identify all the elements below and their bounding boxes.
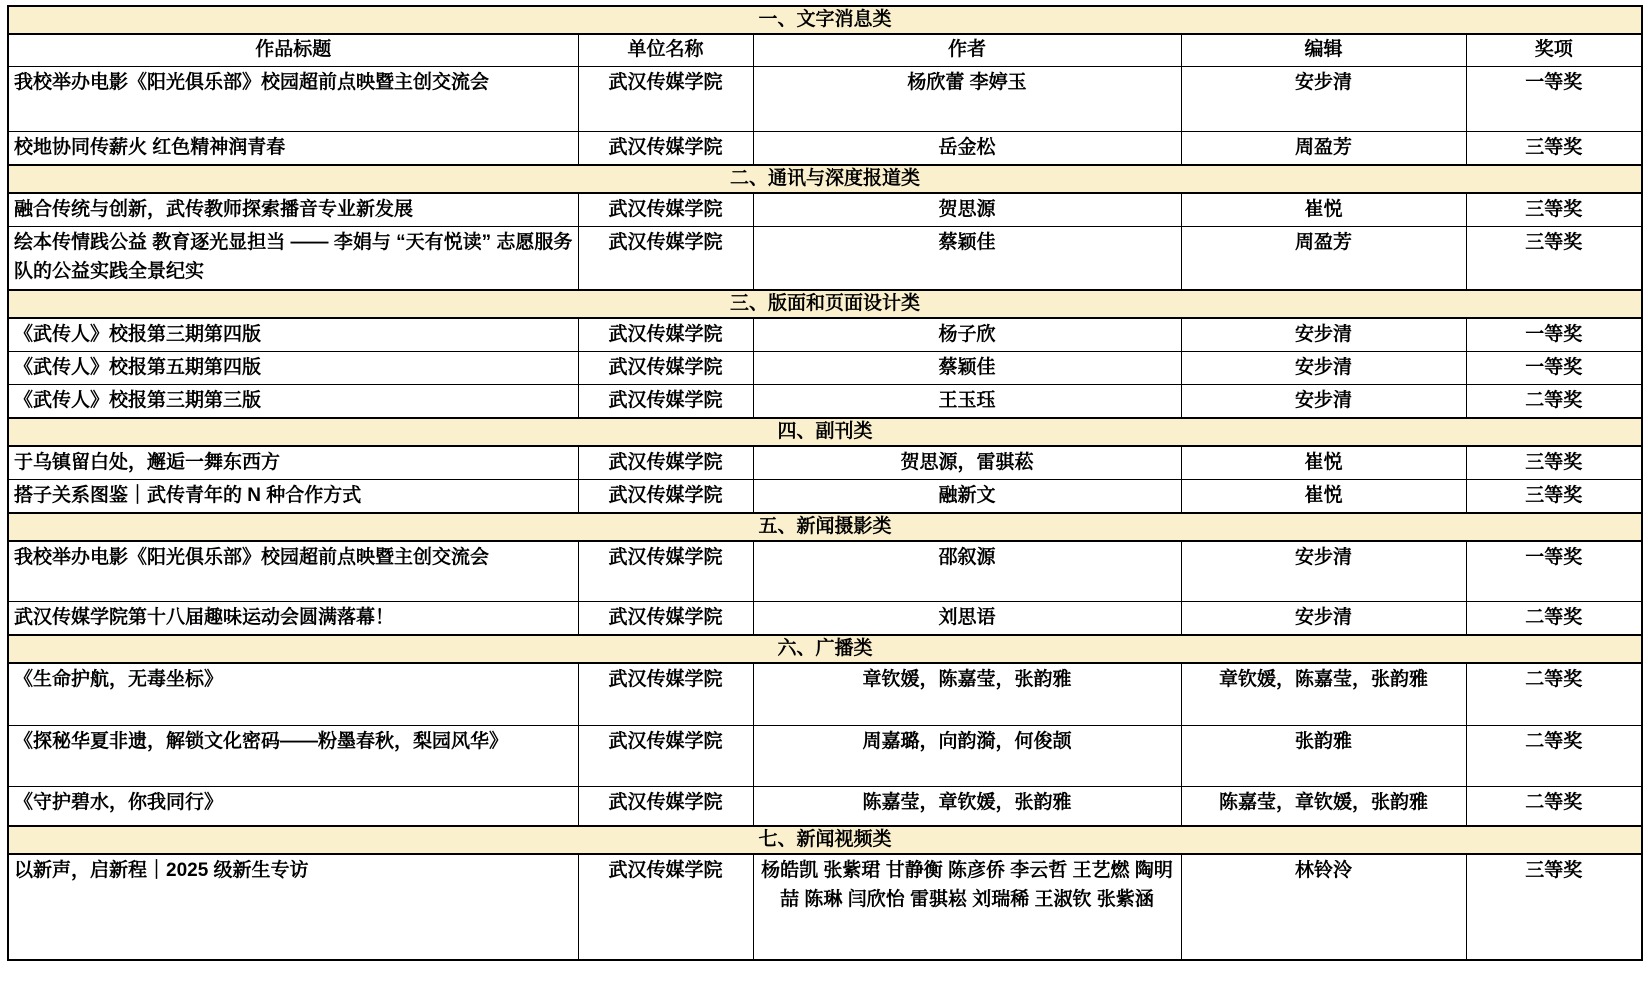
cell-editor: 崔悦	[1181, 193, 1466, 227]
section-band-row: 七、新闻视频类	[8, 826, 1642, 854]
section-title: 二、通讯与深度报道类	[8, 165, 1642, 193]
cell-work-title: 《探秘华夏非遗，解锁文化密码——粉墨春秋，梨园风华》	[8, 725, 578, 786]
section-title: 五、新闻摄影类	[8, 513, 1642, 541]
cell-author: 贺思源，雷骐菘	[753, 446, 1181, 480]
cell-author: 融新文	[753, 479, 1181, 513]
cell-unit-name: 武汉传媒学院	[578, 446, 753, 480]
table-row: 《武传人》校报第三期第三版武汉传媒学院王玉珏安步清二等奖	[8, 384, 1642, 418]
cell-work-title: 以新声，启新程｜2025 级新生专访	[8, 854, 578, 960]
cell-editor: 周盈芳	[1181, 132, 1466, 166]
cell-editor: 安步清	[1181, 351, 1466, 384]
awards-table-body: 一、文字消息类作品标题单位名称作者编辑奖项我校举办电影《阳光俱乐部》校园超前点映…	[8, 6, 1642, 960]
cell-award: 三等奖	[1466, 193, 1642, 227]
cell-editor: 安步清	[1181, 541, 1466, 602]
cell-award: 三等奖	[1466, 446, 1642, 480]
table-row: 《生命护航，无毒坐标》武汉传媒学院章钦媛，陈嘉莹，张韵雅章钦媛，陈嘉莹，张韵雅二…	[8, 663, 1642, 725]
table-row: 《武传人》校报第三期第四版武汉传媒学院杨子欣安步清一等奖	[8, 318, 1642, 352]
cell-work-title: 《武传人》校报第五期第四版	[8, 351, 578, 384]
table-row: 于乌镇留白处，邂逅一舞东西方武汉传媒学院贺思源，雷骐菘崔悦三等奖	[8, 446, 1642, 480]
cell-unit-name: 武汉传媒学院	[578, 786, 753, 826]
cell-unit-name: 武汉传媒学院	[578, 318, 753, 352]
cell-author: 贺思源	[753, 193, 1181, 227]
cell-unit-name: 武汉传媒学院	[578, 479, 753, 513]
table-row: 我校举办电影《阳光俱乐部》校园超前点映暨主创交流会武汉传媒学院杨欣蕾 李婷玉安步…	[8, 67, 1642, 132]
page: 一、文字消息类作品标题单位名称作者编辑奖项我校举办电影《阳光俱乐部》校园超前点映…	[0, 0, 1648, 966]
table-row: 我校举办电影《阳光俱乐部》校园超前点映暨主创交流会武汉传媒学院邵叙源安步清一等奖	[8, 541, 1642, 602]
cell-award: 二等奖	[1466, 725, 1642, 786]
cell-award: 二等奖	[1466, 786, 1642, 826]
cell-work-title: 搭子关系图鉴｜武传青年的 N 种合作方式	[8, 479, 578, 513]
cell-editor: 陈嘉莹，章钦媛，张韵雅	[1181, 786, 1466, 826]
column-header: 编辑	[1181, 34, 1466, 67]
cell-award: 二等奖	[1466, 663, 1642, 725]
cell-unit-name: 武汉传媒学院	[578, 602, 753, 636]
cell-editor: 林铃泠	[1181, 854, 1466, 960]
section-title: 三、版面和页面设计类	[8, 290, 1642, 318]
table-row: 《探秘华夏非遗，解锁文化密码——粉墨春秋，梨园风华》武汉传媒学院周嘉璐，向韵漪，…	[8, 725, 1642, 786]
cell-award: 一等奖	[1466, 67, 1642, 132]
cell-work-title: 《守护碧水，你我同行》	[8, 786, 578, 826]
cell-author: 陈嘉莹，章钦媛，张韵雅	[753, 786, 1181, 826]
cell-work-title: 我校举办电影《阳光俱乐部》校园超前点映暨主创交流会	[8, 541, 578, 602]
cell-unit-name: 武汉传媒学院	[578, 67, 753, 132]
cell-author: 杨子欣	[753, 318, 1181, 352]
cell-author: 王玉珏	[753, 384, 1181, 418]
cell-work-title: 我校举办电影《阳光俱乐部》校园超前点映暨主创交流会	[8, 67, 578, 132]
table-row: 融合传统与创新，武传教师探索播音专业新发展武汉传媒学院贺思源崔悦三等奖	[8, 193, 1642, 227]
section-band-row: 六、广播类	[8, 635, 1642, 663]
section-band-row: 一、文字消息类	[8, 6, 1642, 34]
cell-award: 二等奖	[1466, 384, 1642, 418]
cell-award: 三等奖	[1466, 132, 1642, 166]
table-row: 校地协同传薪火 红色精神润青春武汉传媒学院岳金松周盈芳三等奖	[8, 132, 1642, 166]
cell-author: 杨欣蕾 李婷玉	[753, 67, 1181, 132]
cell-work-title: 《生命护航，无毒坐标》	[8, 663, 578, 725]
column-header: 奖项	[1466, 34, 1642, 67]
column-header: 单位名称	[578, 34, 753, 67]
cell-editor: 张韵雅	[1181, 725, 1466, 786]
cell-author: 蔡颖佳	[753, 227, 1181, 290]
cell-author: 周嘉璐，向韵漪，何俊颉	[753, 725, 1181, 786]
cell-unit-name: 武汉传媒学院	[578, 384, 753, 418]
cell-work-title: 武汉传媒学院第十八届趣味运动会圆满落幕！	[8, 602, 578, 636]
column-header: 作品标题	[8, 34, 578, 67]
cell-award: 一等奖	[1466, 541, 1642, 602]
cell-author: 章钦媛，陈嘉莹，张韵雅	[753, 663, 1181, 725]
cell-award: 一等奖	[1466, 351, 1642, 384]
cell-unit-name: 武汉传媒学院	[578, 351, 753, 384]
cell-author: 刘思语	[753, 602, 1181, 636]
cell-author: 邵叙源	[753, 541, 1181, 602]
cell-unit-name: 武汉传媒学院	[578, 227, 753, 290]
cell-award: 三等奖	[1466, 227, 1642, 290]
table-row: 以新声，启新程｜2025 级新生专访武汉传媒学院杨皓凯 张紫珺 甘静衡 陈彦侨 …	[8, 854, 1642, 960]
section-title: 一、文字消息类	[8, 6, 1642, 34]
section-title: 七、新闻视频类	[8, 826, 1642, 854]
cell-unit-name: 武汉传媒学院	[578, 663, 753, 725]
column-header-row: 作品标题单位名称作者编辑奖项	[8, 34, 1642, 67]
section-band-row: 二、通讯与深度报道类	[8, 165, 1642, 193]
section-band-row: 四、副刊类	[8, 418, 1642, 446]
table-row: 绘本传情践公益 教育逐光显担当 —— 李娟与 “天有悦读” 志愿服务队的公益实践…	[8, 227, 1642, 290]
cell-unit-name: 武汉传媒学院	[578, 132, 753, 166]
section-title: 四、副刊类	[8, 418, 1642, 446]
cell-unit-name: 武汉传媒学院	[578, 541, 753, 602]
cell-work-title: 校地协同传薪火 红色精神润青春	[8, 132, 578, 166]
table-row: 搭子关系图鉴｜武传青年的 N 种合作方式武汉传媒学院融新文崔悦三等奖	[8, 479, 1642, 513]
cell-editor: 安步清	[1181, 384, 1466, 418]
section-title: 六、广播类	[8, 635, 1642, 663]
awards-table: 一、文字消息类作品标题单位名称作者编辑奖项我校举办电影《阳光俱乐部》校园超前点映…	[7, 5, 1643, 961]
cell-editor: 章钦媛，陈嘉莹，张韵雅	[1181, 663, 1466, 725]
section-band-row: 五、新闻摄影类	[8, 513, 1642, 541]
column-header: 作者	[753, 34, 1181, 67]
cell-editor: 安步清	[1181, 602, 1466, 636]
cell-unit-name: 武汉传媒学院	[578, 725, 753, 786]
cell-work-title: 《武传人》校报第三期第三版	[8, 384, 578, 418]
table-row: 武汉传媒学院第十八届趣味运动会圆满落幕！武汉传媒学院刘思语安步清二等奖	[8, 602, 1642, 636]
cell-award: 二等奖	[1466, 602, 1642, 636]
table-row: 《守护碧水，你我同行》武汉传媒学院陈嘉莹，章钦媛，张韵雅陈嘉莹，章钦媛，张韵雅二…	[8, 786, 1642, 826]
cell-editor: 崔悦	[1181, 446, 1466, 480]
cell-award: 三等奖	[1466, 479, 1642, 513]
table-row: 《武传人》校报第五期第四版武汉传媒学院蔡颖佳安步清一等奖	[8, 351, 1642, 384]
section-band-row: 三、版面和页面设计类	[8, 290, 1642, 318]
cell-work-title: 《武传人》校报第三期第四版	[8, 318, 578, 352]
cell-author: 蔡颖佳	[753, 351, 1181, 384]
cell-author: 岳金松	[753, 132, 1181, 166]
cell-unit-name: 武汉传媒学院	[578, 193, 753, 227]
cell-work-title: 绘本传情践公益 教育逐光显担当 —— 李娟与 “天有悦读” 志愿服务队的公益实践…	[8, 227, 578, 290]
cell-unit-name: 武汉传媒学院	[578, 854, 753, 960]
cell-editor: 崔悦	[1181, 479, 1466, 513]
cell-author: 杨皓凯 张紫珺 甘静衡 陈彦侨 李云哲 王艺燃 陶明喆 陈琳 闫欣怡 雷骐崧 刘…	[753, 854, 1181, 960]
cell-work-title: 融合传统与创新，武传教师探索播音专业新发展	[8, 193, 578, 227]
cell-editor: 周盈芳	[1181, 227, 1466, 290]
cell-editor: 安步清	[1181, 67, 1466, 132]
cell-award: 一等奖	[1466, 318, 1642, 352]
cell-award: 三等奖	[1466, 854, 1642, 960]
cell-work-title: 于乌镇留白处，邂逅一舞东西方	[8, 446, 578, 480]
cell-editor: 安步清	[1181, 318, 1466, 352]
